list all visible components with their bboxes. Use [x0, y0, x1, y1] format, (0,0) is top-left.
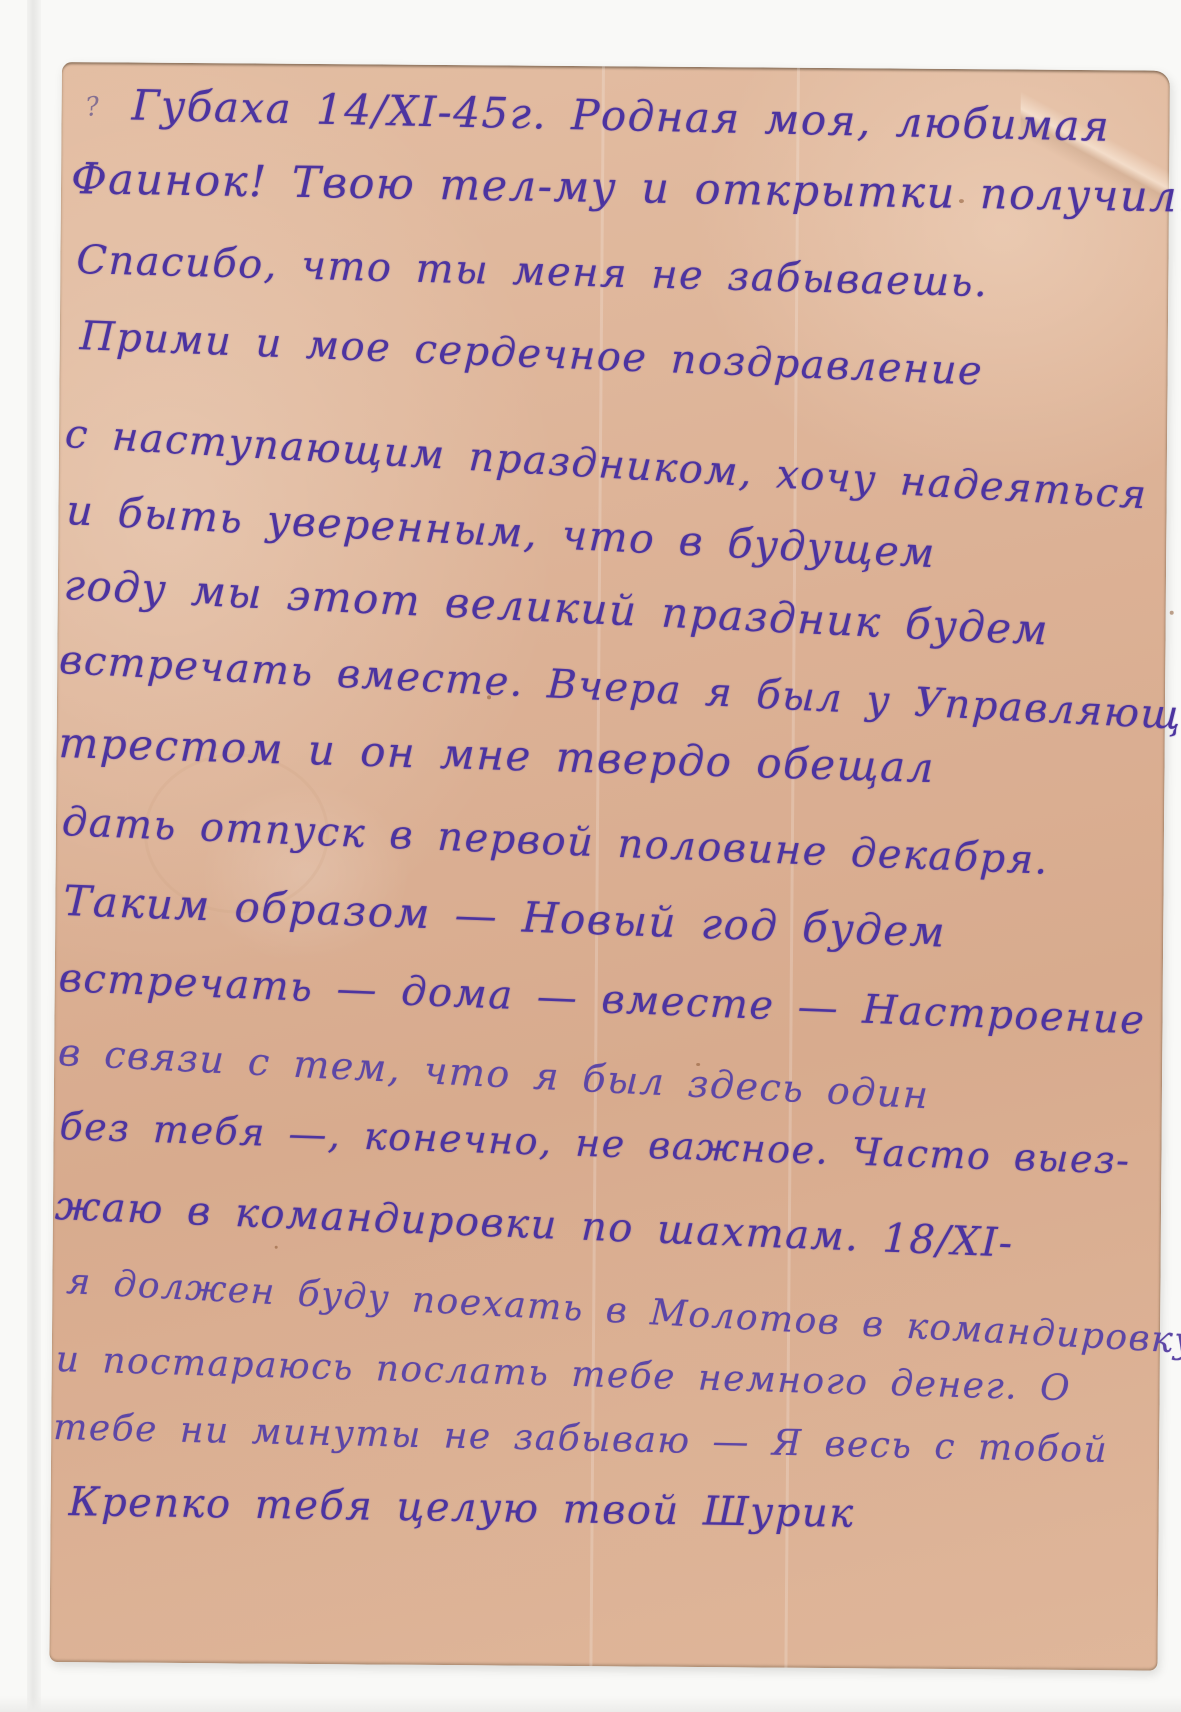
handwriting-line-7: году мы этот великий праздник будем [63, 562, 1050, 654]
handwriting-line-12: встречать — дома — вместе — Настроение [58, 956, 1146, 1043]
scanner-bottom-shadow [0, 1696, 1181, 1712]
handwriting-line-18: тебе ни минуты не забываю — Я весь с тоб… [53, 1408, 1109, 1471]
paper-speckle [275, 1246, 278, 1249]
handwriting-line-13: в связи с тем, что я был здесь один [57, 1032, 930, 1117]
handwriting-line-1: Губаха 14/XI-45г. Родная моя, любимая [131, 83, 1111, 151]
pencil-question-mark: ? [84, 91, 102, 123]
handwriting-line-3: Спасибо, что ты меня не забываешь. [76, 238, 989, 305]
postcard-paper: ? Губаха 14/XI-45г. Родная моя, любимая … [49, 62, 1170, 1671]
scanned-letter-page: { "letter": { "pencil_mark": "?", "lines… [0, 0, 1181, 1712]
paper-speckle [1170, 611, 1174, 615]
scanner-edge-strip [27, 0, 41, 1712]
handwriting-line-6: и быть уверенным, что в будущем [65, 488, 937, 576]
handwriting-line-11: Таким образом — Новый год будем [63, 878, 947, 956]
handwriting-line-4: Прими и мое сердечное поздравление [79, 314, 984, 393]
handwriting-line-2: Фаинок! Твою тел-му и открытки получил. [71, 156, 1181, 222]
handwriting-line-15: жаю в командировки по шахтам. 18/XI- [54, 1184, 1014, 1266]
handwriting-line-19-signature: Крепко тебя целую твой Шурик [68, 1480, 855, 1536]
handwriting-line-17: и постараюсь послать тебе немного денег.… [55, 1340, 1071, 1409]
